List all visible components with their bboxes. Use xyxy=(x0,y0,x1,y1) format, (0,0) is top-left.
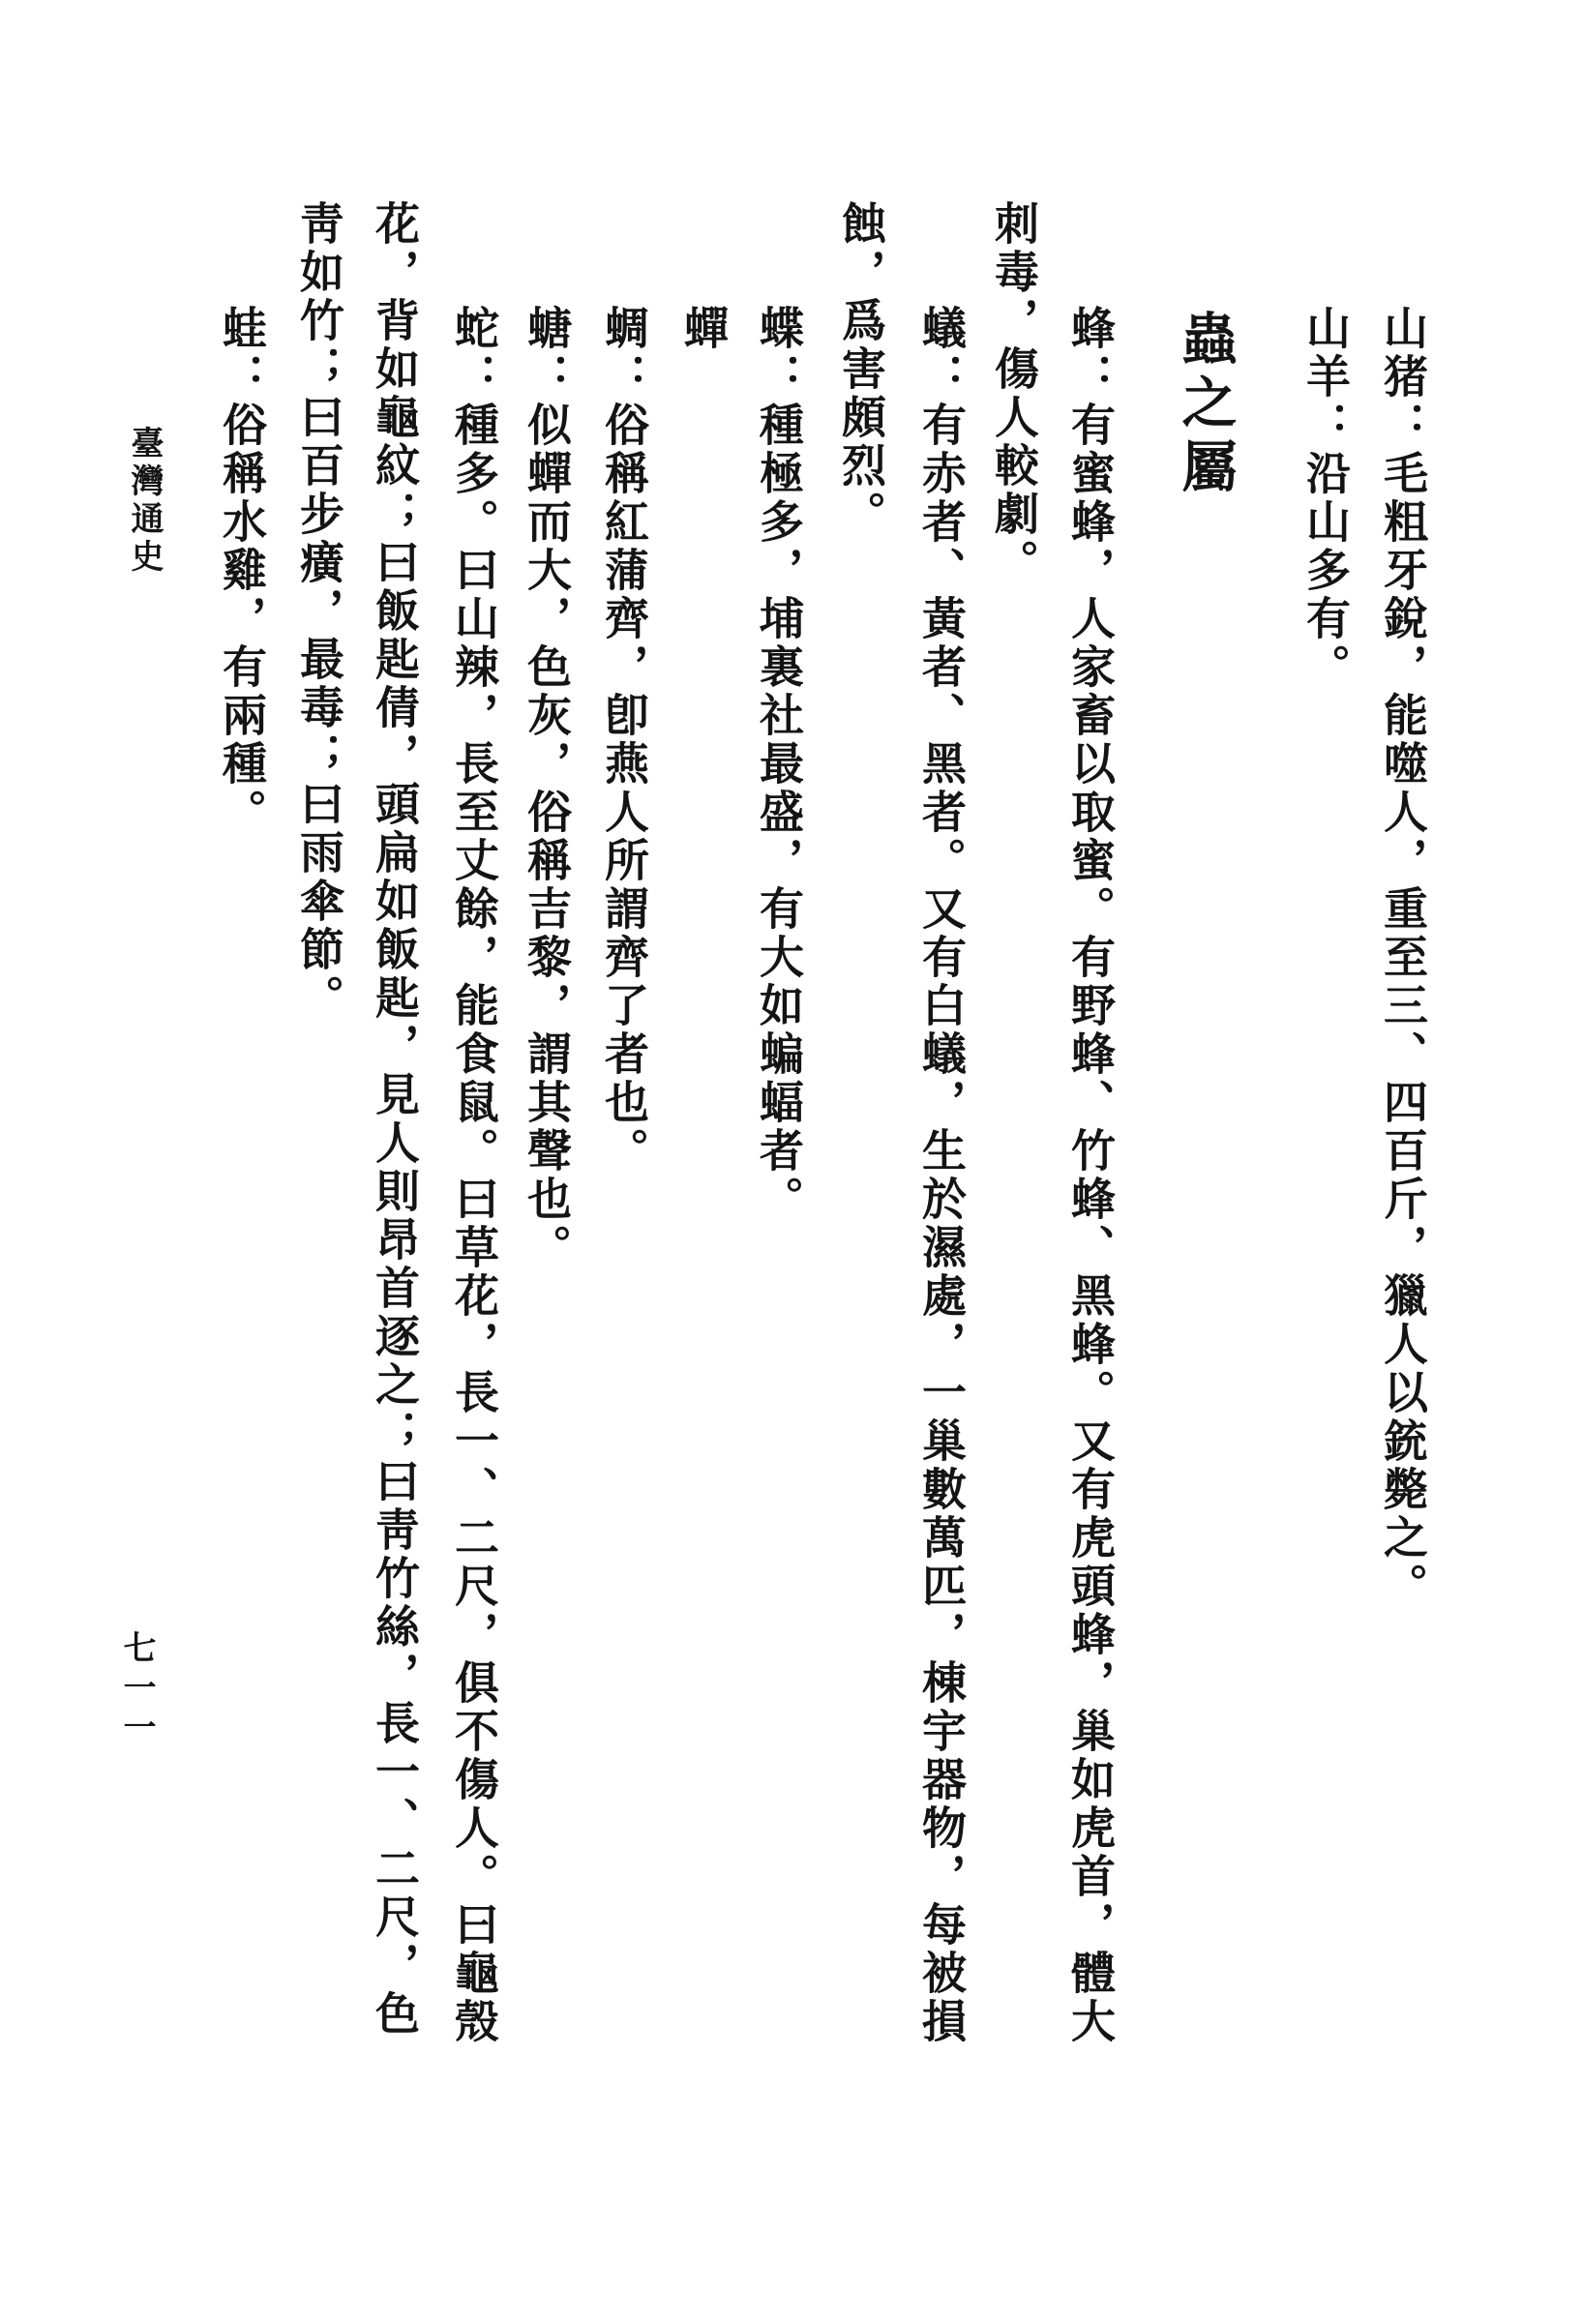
continuation-column-snake-1: 花，背如龜紋；曰飯匙倩，頭扁如飯匙，見人則昂首逐之；曰靑竹絲，長一、二尺，色 xyxy=(357,200,433,2039)
scanned-book-page: 山猪：毛粗牙銳，能噬人，重至三、四百斤，獵人以銃斃之。 山羊：沿山多有。 蟲之屬… xyxy=(0,0,1583,2324)
continuation-column-snake-2: 靑如竹；曰百步癀，最毒；曰雨傘節。 xyxy=(282,200,357,1023)
entry-column-mountain-goat: 山羊：沿山多有。 xyxy=(1288,305,1363,692)
entry-column-snake: 蛇：種多。曰山辣，長至丈餘，能食鼠。曰草花，長一、二尺，俱不傷人。曰龜殼 xyxy=(436,305,512,2046)
page-number: 七一一 xyxy=(114,1630,159,1749)
entry-column-frog: 蛙：俗稱水雞，有兩種。 xyxy=(204,305,280,837)
entry-column-tang-cicada: 螗：似蟬而大，色灰，俗稱吉黎，謂其聲也。 xyxy=(509,305,584,1272)
entry-column-butterfly: 蝶：種極多，埔裏社最盛，有大如蝙蝠者。 xyxy=(741,305,817,1224)
continuation-column-bee: 刺毒，傷人較劇。 xyxy=(976,200,1052,587)
entry-column-ant: 蟻：有赤者、黃者、黑者。又有白蟻，生於濕處，一巢數萬匹，棟宇器物，每被損 xyxy=(904,305,979,2046)
entry-column-tiao-cicada: 蜩：俗稱紅蒲齊，卽燕人所謂齊了者也。 xyxy=(586,305,662,1176)
book-title-margin: 臺灣通史 xyxy=(122,426,166,577)
entry-column-cicada: 蟬 xyxy=(666,305,741,353)
entry-column-bee: 蜂：有蜜蜂，人家畜以取蜜。有野蜂、竹蜂、黑蜂。又有虎頭蜂，巢如虎首，體大 xyxy=(1053,305,1128,2046)
continuation-column-ant: 蝕，爲害頗烈。 xyxy=(823,200,899,539)
section-header-insects: 蟲之屬 xyxy=(1165,310,1244,501)
entry-column-mountain-boar: 山猪：毛粗牙銳，能噬人，重至三、四百斤，獵人以銃斃之。 xyxy=(1365,305,1441,1611)
